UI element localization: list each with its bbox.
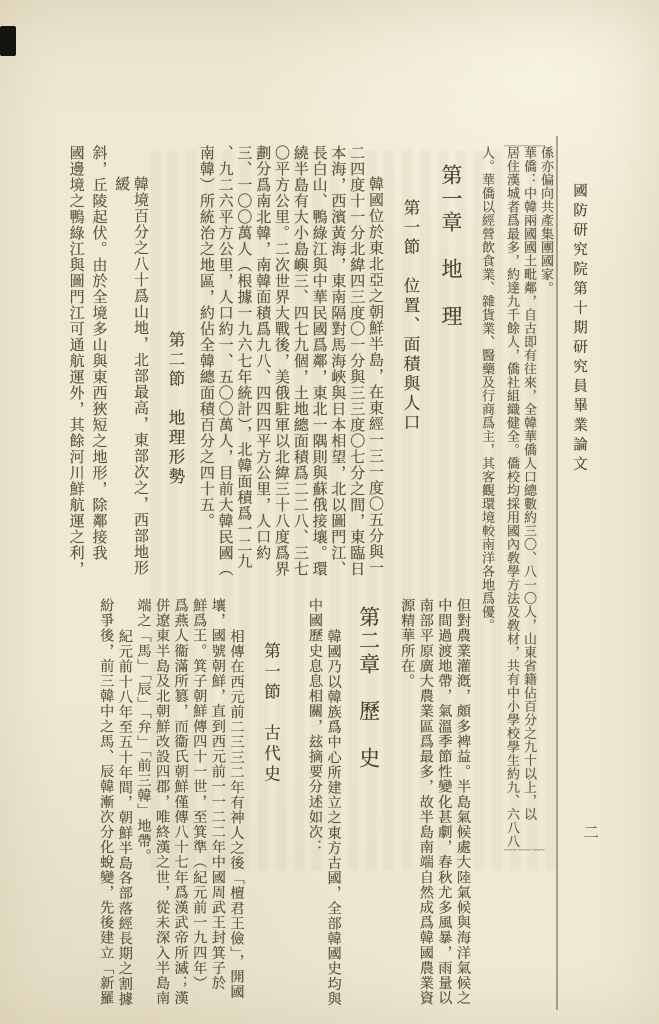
text-column: 韓國乃以韓族爲中心所建立之東方古國，全部韓國史均與 [324, 598, 343, 1017]
text-column: 長白山、鴨綠江與中華民國爲鄰，東北一隅則與蘇俄接壤。環 [310, 145, 329, 590]
chapter-1-heading: 第一章 地 理 [436, 145, 466, 590]
note-column: 人。華僑以經營飲食業、雜貨業、醫藥及行商爲主，其客觀環境較南洋各地爲優。 [478, 146, 495, 852]
bottom-text-register: 但對農業灌漑，頗多裨益。半島氣候處大陸氣候與海洋氣候之 中間過渡地帶，氣溫季節性… [50, 598, 472, 1017]
text-column: 國邊境之鴨綠江與圖門江可通航運外，其餘河川鮮航運之利， [67, 145, 86, 590]
text-column: 鮮爲王。箕子朝鮮傳四十一世，至箕準（紀元前一九四年） [190, 598, 209, 1017]
text-column: 二四度十一分北緯四三度〇一分與三三度〇七分之間，東臨日 [347, 145, 366, 590]
section-1-2-heading: 第二節 地理形勢 [162, 145, 188, 590]
note-column: 華僑：中韓兩國國土毗鄰，自古即有往來，全韓華僑人口總數約三〇、八一〇人，山東省籍… [520, 146, 537, 852]
text-column: 劃分爲南北韓，南韓面積爲九八、四四四平方公里，人口約 [253, 145, 272, 590]
text-column: 斜，丘陵起伏。由於全境多山與東西狹短之地形，除鄰接我 [90, 145, 109, 590]
text-column: 源精華所在。 [398, 598, 417, 1017]
margin-note-block: 係亦偏向共產集團國家。 華僑：中韓兩國國土毗鄰，自古即有往來，全韓華僑人口總數約… [462, 146, 554, 852]
text-column: 紛爭後，前三韓中之馬、辰韓漸次分化蛻變，先後建立「新羅 [97, 598, 116, 1017]
top-text-register: 第一章 地 理 第一節 位置、面積與人口 韓國位於東北亞之朝鮮半島，在東經一三一… [50, 145, 470, 590]
chapter-2-heading: 第二章 歷 史 [354, 598, 384, 1017]
ink-blot-artifact [0, 26, 16, 56]
edition-side-header: 國防研究院第十期研究員畢業論文 [568, 183, 590, 476]
text-column: 中國歷史息息相關，玆摘要分述如次： [305, 598, 324, 1017]
text-column: 韓境百分之八十爲山地，北部最高，東部次之，西部地形緩 [112, 145, 150, 590]
text-column: 本海，西濱黃海，東南隔對馬海峽與日本相望，北以圖門江、 [329, 145, 348, 590]
page-number: 二 [583, 820, 599, 843]
text-column: 壤，國號朝鮮，直到西元前一一二二年中國周武王封箕子於 [208, 598, 227, 1017]
text-column: 爲燕人衞滿所篡，而衞氏朝鮮僅傳八十七年爲漢武帝所滅；漢 [171, 598, 190, 1017]
text-column: 、九二六平方公里，人口約一、五〇〇萬人，目前大韓民國（ [216, 145, 235, 590]
note-column: 係亦偏向共產集團國家。 [537, 146, 554, 852]
text-column: 相傳在西元前二三三二年有神人之後「檀君王儉」，開國 [227, 598, 246, 1017]
text-column: 南韓）所統治之地區，約佔全韓總面積百分之四十五。 [197, 145, 216, 590]
section-1-1-heading: 第一節 位置、面積與人口 [397, 145, 423, 590]
scanned-document-page: 國防研究院第十期研究員畢業論文 二 ﹏﹏﹏ ﹏﹏﹏ 係亦偏向共產集團國家。 華僑… [0, 0, 659, 1024]
section-2-1-heading: 第一節 古代史 [257, 598, 283, 1017]
text-column: 端之「馬」「辰」「弁」「前三韓」地帶。 [134, 598, 153, 1017]
text-column: 紀元前十八年至五十年間，朝鮮半島各部落經長期之割據 [115, 598, 134, 1017]
text-column: 韓國位於東北亞之朝鮮半島，在東經一三一度〇五分與一 [366, 145, 385, 590]
text-column: 南部平原廣大農業區爲最多，故半島南端自然成爲韓國農業資 [416, 598, 435, 1017]
note-column: 居住漢城者爲最多，約達九千餘人，僑社組織健全。僑校均採用國內敎學方法及敎材，共有… [503, 146, 520, 852]
text-column: 中間過渡地帶，氣溫季節性變化甚劇，春秋尤多風暴，雨量以 [435, 598, 454, 1017]
text-column: 繞半島有大小島嶼三、四七九個，土地總面積爲二二八、三七 [291, 145, 310, 590]
text-column: 併遼東半島及北朝鮮改設四郡，唯終漢之世，從未深入半島南 [152, 598, 171, 1017]
text-column: 三、一〇〇萬人（根據一九六七年統計），北韓面積爲一二九 [235, 145, 254, 590]
text-column: 〇平方公里。二次世界大戰後，美俄駐軍以北緯三十八度爲界 [272, 145, 291, 590]
margin-divider-line [556, 136, 558, 1010]
text-column: 但對農業灌漑，頗多裨益。半島氣候處大陸氣候與海洋氣候之 [453, 598, 472, 1017]
